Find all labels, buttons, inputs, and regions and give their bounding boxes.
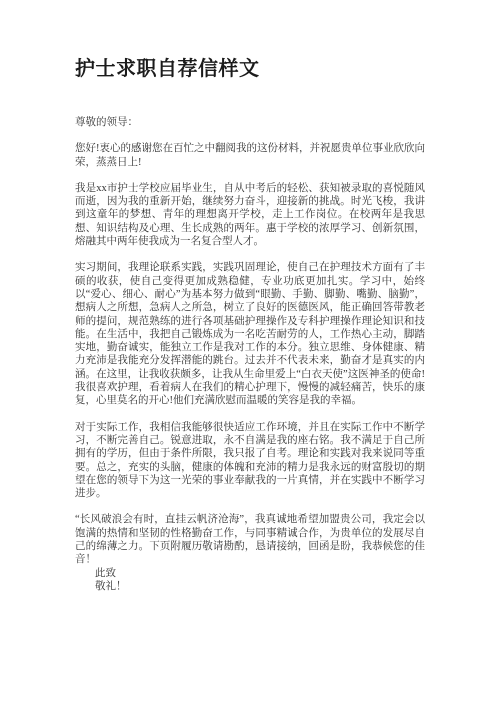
letter-paragraph-introduction: 我是xx市护士学校应届毕业生，自从中考后的轻松、获知被录取的喜悦随风而逝，因为我… [75,182,425,248]
page-title: 护士求职自荐信样文 [75,56,425,82]
salutation-line: 尊敬的领导： [75,116,425,129]
letter-page: 护士求职自荐信样文 尊敬的领导： 您好!衷心的感谢您在百忙之中翻阅我的这份材料，… [0,0,500,708]
letter-paragraph-work-attitude: 对于实际工作，我相信我能够很快适应工作环境，并且在实际工作中不断学习，不断完善自… [75,421,425,501]
letter-paragraph-greeting: 您好!衷心的感谢您在百忙之中翻阅我的这份材料，并祝愿贵单位事业欣欣向荣，蒸蒸日上… [75,142,425,169]
letter-paragraph-internship: 实习期间，我理论联系实践，实践巩固理论，使自己在护理技术方面有了丰硕的收获，使自… [75,261,425,407]
closing-cizhi: 此致 [75,567,425,580]
letter-paragraph-appeal: “长风破浪会有时，直挂云帆济沧海”，我真诚地希望加盟贵公司，我定会以饱满的热情和… [75,513,425,566]
closing-jingli: 敬礼！ [75,580,425,593]
